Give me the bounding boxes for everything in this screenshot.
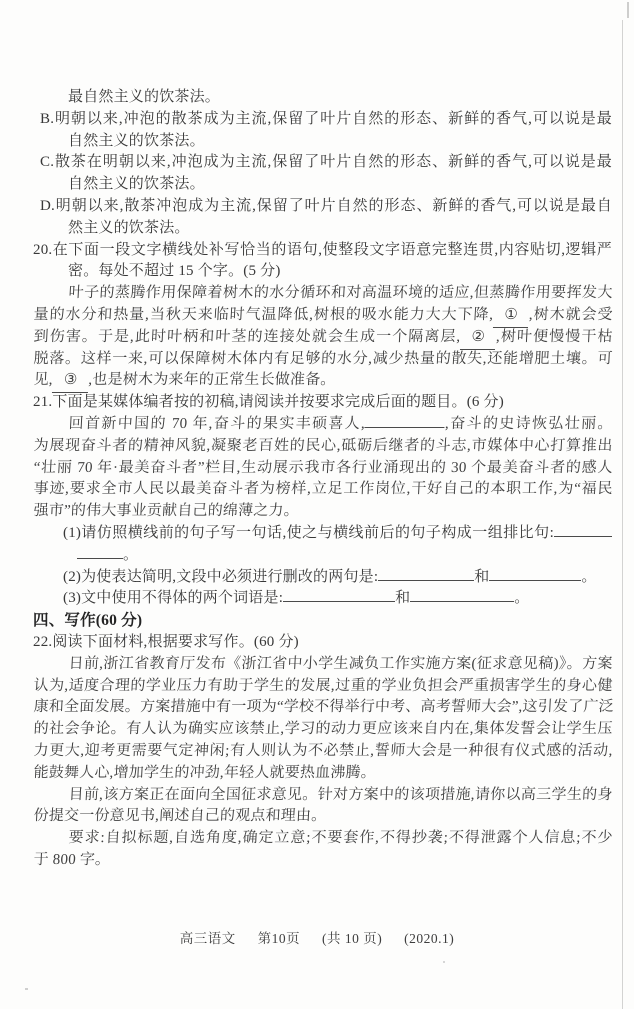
answer-blank bbox=[489, 567, 581, 581]
text-segment: 强市”的伟大事业贡献自己的绵薄之力。 bbox=[33, 503, 299, 519]
answer-blank bbox=[378, 567, 474, 581]
text-segment: (1)请仿照横线前的句子写一句话,使之与横线前后的句子构成一组排比句: bbox=[63, 525, 554, 541]
text-segment: 目前,该方案正在面向全国征求意见。针对方案中的该项措施,请你以高三学生的身 bbox=[68, 787, 613, 803]
text-line: D.明朝以来,散茶冲泡成为主流,保留了叶片自然的形态、新鲜的香气,可以说是最自 bbox=[40, 196, 612, 218]
scan-edge-line bbox=[622, 20, 623, 1009]
text-segment: 康和全面发展。方案措施中有一项为“学校不得举行中考、高考誓师大会”,这引发了广泛 bbox=[33, 699, 614, 715]
text-segment: 为展现奋斗者的精神风貌,凝聚老百姓的民心,砥砺后继者的斗志,市媒体中心打算推出 bbox=[33, 438, 613, 454]
footer-page-number: 第10页 bbox=[258, 931, 301, 946]
text-segment: 密。每处不超过 15 个字。(5 分) bbox=[68, 263, 281, 279]
text-line: “壮丽 70 年·最美奋斗者”栏目,生动展示我市各行业涌现出的 30 个最美奋斗… bbox=[33, 458, 613, 480]
exam-page: 最自然主义的饮茶法。B.明朝以来,冲泡的散茶成为主流,保留了叶片自然的形态、新鲜… bbox=[0, 0, 634, 1009]
text-segment: ,奋斗的史诗恢弘壮丽。 bbox=[445, 416, 613, 432]
text-line: 为展现奋斗者的精神风貌,凝聚老百姓的民心,砥砺后继者的斗志,市媒体中心打算推出 bbox=[33, 436, 613, 458]
text-segment: 份提交一份意见书,阐述自己的观点和理由。 bbox=[33, 808, 327, 824]
text-segment: 脱落。这样一来,可以保障树木体内有足够的水分,减少热量的散失,还能增肥土壤。可 bbox=[33, 351, 613, 367]
section-heading: 四、写作(60 分) bbox=[33, 610, 612, 632]
text-line: 回首新中国的 70 年,奋斗的果实丰硕喜人,,奋斗的史诗恢弘壮丽。 bbox=[68, 414, 613, 436]
text-line: 叶子的蒸腾作用保障着树木的水分循环和对高温环境的适应,但蒸腾作用要挥发大 bbox=[68, 283, 613, 305]
text-line: 认为,适度合理的学业压力有助于学生的发展,过重的学业负担会严重损害学生的身心健 bbox=[33, 676, 613, 698]
text-segment: 力更大,迎考更需要气定神闲;有人则认为不必禁止,誓师大会是一种很有仪式感的活动, bbox=[33, 743, 613, 759]
footer-date: (2020.1) bbox=[404, 931, 454, 946]
text-line: 能鼓舞人心,增加学生的冲劲,年轻人就要热血沸腾。 bbox=[33, 763, 613, 785]
text-line: 强市”的伟大事业贡献自己的绵薄之力。 bbox=[33, 501, 613, 523]
answer-blank bbox=[365, 414, 446, 428]
scan-speck bbox=[25, 988, 28, 990]
text-segment: 日前,浙江省教育厅发布《浙江省中小学生减负工作实施方案(征求意见稿)》。方案 bbox=[68, 656, 613, 672]
text-line: 密。每处不超过 15 个字。(5 分) bbox=[68, 261, 612, 283]
exam-content: 最自然主义的饮茶法。B.明朝以来,冲泡的散茶成为主流,保留了叶片自然的形态、新鲜… bbox=[33, 87, 612, 872]
answer-blank bbox=[77, 545, 123, 559]
text-segment: B.明朝以来,冲泡的散茶成为主流,保留了叶片自然的形态、新鲜的香气,可以说是最 bbox=[40, 111, 612, 127]
text-segment: 自然主义的饮茶法。 bbox=[68, 133, 205, 149]
text-line: 然主义的饮茶法。 bbox=[68, 218, 612, 240]
text-line: 到伤害。于是,此时叶柄和叶茎的连接处就会生成一个隔离层,②,树叶便慢慢干枯 bbox=[33, 327, 613, 349]
text-segment: 22.阅读下面材料,根据要求写作。(60 分) bbox=[33, 634, 299, 650]
text-segment: 叶子的蒸腾作用保障着树木的水分循环和对高温环境的适应,但蒸腾作用要挥发大 bbox=[68, 285, 613, 301]
scan-corner-mark bbox=[627, 2, 629, 18]
circled-number: ① bbox=[493, 305, 530, 328]
text-segment: ,树木就会受 bbox=[529, 307, 614, 323]
text-segment: 到伤害。于是,此时叶柄和叶茎的连接处就会生成一个隔离层, bbox=[33, 329, 461, 345]
text-segment: ,也是树木为来年的正常生长做准备。 bbox=[88, 372, 336, 388]
text-segment: 要求:自拟标题,自选角度,确定立意;不要套作,不得抄袭;不得泄露个人信息;不少 bbox=[68, 830, 613, 846]
text-line: 事迹,要求全市人民以最美奋斗者为榜样,立足工作岗位,干好自己的本职工作,为“福民 bbox=[33, 479, 613, 501]
text-segment: 四、写作(60 分) bbox=[33, 612, 142, 629]
text-line: 要求:自拟标题,自选角度,确定立意;不要套作,不得抄袭;不得泄露个人信息;不少 bbox=[68, 828, 613, 850]
footer-page-total: (共 10 页) bbox=[322, 931, 382, 946]
text-segment: 20.在下面一段文字横线处补写恰当的语句,使整段文字语意完整连贯,内容贴切,逻辑… bbox=[33, 242, 612, 258]
text-line: 的社会争论。有人认为确实应该禁止,学习的动力更应该来自内在,集体发誓会让学生压 bbox=[33, 719, 613, 741]
text-segment: (2)为使表达简明,文段中必须进行删改的两句是: bbox=[63, 569, 378, 585]
text-line: 目前,该方案正在面向全国征求意见。针对方案中的该项措施,请你以高三学生的身 bbox=[68, 785, 613, 807]
text-segment: 。 bbox=[581, 569, 596, 585]
text-line: 于 800 字。 bbox=[33, 850, 613, 872]
text-segment: D.明朝以来,散茶冲泡成为主流,保留了叶片自然的形态、新鲜的香气,可以说是最自 bbox=[40, 198, 612, 214]
text-segment: “壮丽 70 年·最美奋斗者”栏目,生动展示我市各行业涌现出的 30 个最美奋斗… bbox=[33, 460, 613, 476]
text-line: (3)文中使用不得体的两个词语是:和。 bbox=[63, 588, 612, 610]
text-segment: (3)文中使用不得体的两个词语是: bbox=[63, 590, 283, 606]
text-segment: 于 800 字。 bbox=[33, 852, 110, 868]
text-segment: ,树叶便慢慢干枯 bbox=[496, 329, 613, 345]
text-segment: 认为,适度合理的学业压力有助于学生的发展,过重的学业负担会严重损害学生的身心健 bbox=[33, 678, 613, 694]
text-line: 份提交一份意见书,阐述自己的观点和理由。 bbox=[33, 806, 613, 828]
text-line: (2)为使表达简明,文段中必须进行删改的两句是:和。 bbox=[63, 567, 612, 589]
text-segment: 见, bbox=[33, 372, 53, 388]
text-segment: 量的水分和热量,当秋天来临时气温降低,树根的吸水能力大大下降, bbox=[33, 307, 494, 323]
text-line: 22.阅读下面材料,根据要求写作。(60 分) bbox=[33, 632, 612, 654]
text-line: 20.在下面一段文字横线处补写恰当的语句,使整段文字语意完整连贯,内容贴切,逻辑… bbox=[33, 240, 612, 262]
text-line: 康和全面发展。方案措施中有一项为“学校不得举行中考、高考誓师大会”,这引发了广泛 bbox=[33, 697, 613, 719]
answer-blank bbox=[283, 588, 395, 602]
text-line: (1)请仿照横线前的句子写一句话,使之与横线前后的句子构成一组排比句: bbox=[63, 523, 612, 545]
text-line: 自然主义的饮茶法。 bbox=[68, 174, 612, 196]
footer-course: 高三语文 bbox=[180, 931, 236, 946]
text-segment: 然主义的饮茶法。 bbox=[68, 220, 190, 236]
text-line: C.散茶在明朝以来,冲泡成为主流,保留了叶片自然的形态、新鲜的香气,可以说是最 bbox=[40, 152, 612, 174]
text-line: B.明朝以来,冲泡的散茶成为主流,保留了叶片自然的形态、新鲜的香气,可以说是最 bbox=[40, 109, 612, 131]
circled-number: ③ bbox=[52, 370, 89, 393]
text-segment: 能鼓舞人心,增加学生的冲劲,年轻人就要热血沸腾。 bbox=[33, 765, 376, 781]
text-line: 21.下面是某媒体编者按的初稿,请阅读并按要求完成后面的题目。(6 分) bbox=[33, 392, 612, 414]
text-segment: 自然主义的饮茶法。 bbox=[68, 176, 205, 192]
text-segment: 的社会争论。有人认为确实应该禁止,学习的动力更应该来自内在,集体发誓会让学生压 bbox=[33, 721, 613, 737]
text-line: 。 bbox=[77, 545, 612, 567]
page-footer: 高三语文 第10页 (共 10 页) (2020.1) bbox=[0, 927, 634, 947]
text-segment: 和 bbox=[395, 590, 410, 606]
text-line: 见,③,也是树木为来年的正常生长做准备。 bbox=[33, 370, 613, 392]
text-segment: 。 bbox=[514, 590, 529, 606]
text-segment: 最自然主义的饮茶法。 bbox=[68, 89, 220, 105]
text-line: 量的水分和热量,当秋天来临时气温降低,树根的吸水能力大大下降,①,树木就会受 bbox=[33, 305, 613, 327]
answer-blank bbox=[410, 588, 514, 602]
circled-number: ② bbox=[460, 327, 497, 350]
answer-blank bbox=[554, 523, 612, 537]
text-segment: 事迹,要求全市人民以最美奋斗者为榜样,立足工作岗位,干好自己的本职工作,为“福民 bbox=[33, 481, 613, 497]
text-line: 自然主义的饮茶法。 bbox=[68, 131, 612, 153]
text-segment: 。 bbox=[123, 547, 138, 563]
text-line: 最自然主义的饮茶法。 bbox=[68, 87, 612, 109]
text-segment: C.散茶在明朝以来,冲泡成为主流,保留了叶片自然的形态、新鲜的香气,可以说是最 bbox=[40, 154, 612, 170]
text-line: 力更大,迎考更需要气定神闲;有人则认为不必禁止,誓师大会是一种很有仪式感的活动, bbox=[33, 741, 613, 763]
text-segment: 21.下面是某媒体编者按的初稿,请阅读并按要求完成后面的题目。(6 分) bbox=[33, 394, 504, 410]
text-line: 日前,浙江省教育厅发布《浙江省中小学生减负工作实施方案(征求意见稿)》。方案 bbox=[68, 654, 613, 676]
scan-speck bbox=[443, 961, 445, 963]
text-line: 脱落。这样一来,可以保障树木体内有足够的水分,减少热量的散失,还能增肥土壤。可 bbox=[33, 349, 613, 371]
text-segment: 和 bbox=[474, 569, 489, 585]
text-segment: 回首新中国的 70 年,奋斗的果实丰硕喜人, bbox=[68, 416, 365, 432]
